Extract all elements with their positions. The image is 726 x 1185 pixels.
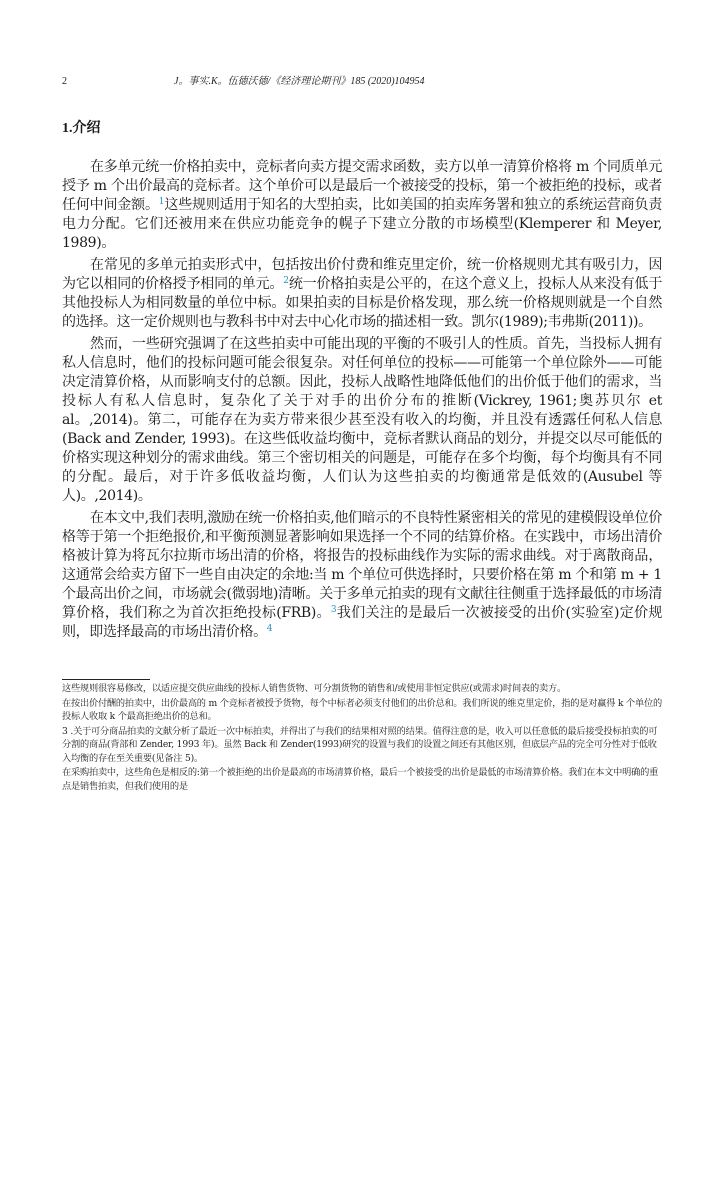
journal-citation: J。事实.K。伍德沃德/《经济理论期刊》185 (2020)104954 — [174, 76, 425, 88]
footnote-3: 3 .关于可分商品拍卖的文献分析了最近一次中标拍卖，并得出了与我们的结果相对照的… — [62, 725, 662, 766]
paragraph-3: 然而，一些研究强调了在这些拍卖中可能出现的平衡的不吸引人的性质。首先，当投标人拥… — [62, 335, 662, 506]
footnote-divider — [62, 679, 150, 680]
paragraph-4: 在本文中,我们表明,激励在统一价格拍卖,他们暗示的不良特性紧密相关的常见的建模假… — [62, 509, 662, 642]
section-title: 1.介绍 — [62, 117, 101, 137]
body-text: 在多单元统一价格拍卖中，竞标者向卖方提交需求函数，卖方以单一清算价格将 m 个同… — [62, 158, 662, 645]
footnote-2: 在按出价付酬的拍卖中，出价最高的 m 个竞标者被授予货物，每个中标者必须支付他们… — [62, 697, 662, 724]
paragraph-1: 在多单元统一价格拍卖中，竞标者向卖方提交需求函数，卖方以单一清算价格将 m 个同… — [62, 158, 662, 253]
footnote-marker-4[interactable]: 4 — [267, 624, 272, 634]
footnotes: 这些规则很容易修改，以适应提交供应曲线的投标人销售货物、可分割货物的销售和/或使… — [62, 682, 662, 794]
paragraph-text: 然而，一些研究强调了在这些拍卖中可能出现的平衡的不吸引人的性质。首先，当投标人拥… — [62, 336, 662, 504]
paragraph-2: 在常见的多单元拍卖形式中，包括按出价付费和维克里定价，统一价格规则尤其有吸引力，… — [62, 256, 662, 332]
page-number: 2 — [62, 76, 67, 88]
footnote-4: 在采购拍卖中，这些角色是相反的:第一个被拒绝的出价是最高的市场清算价格，最后一个… — [62, 766, 662, 793]
footnote-1: 这些规则很容易修改，以适应提交供应曲线的投标人销售货物、可分割货物的销售和/或使… — [62, 682, 662, 696]
